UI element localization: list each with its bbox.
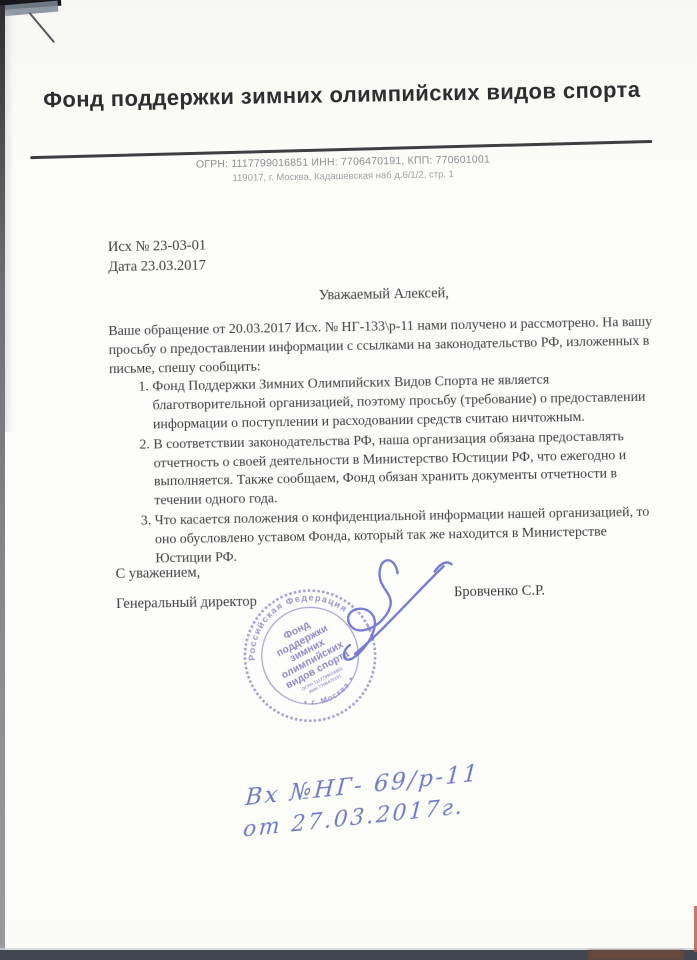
list-item: Фонд Поддержки Зимних Олимпийских Видов … [152, 370, 660, 435]
body-list: Фонд Поддержки Зимних Олимпийских Видов … [109, 370, 662, 570]
scan-edge-left-shadow [5, 12, 14, 432]
closing-regards: С уважением, [115, 565, 200, 583]
letter-content: Фонд поддержки зимних олимпийских видов … [0, 0, 697, 960]
scan-edge-bottom-blob [588, 950, 684, 960]
letter-body: Ваше обращение от 20.03.2017 Исх. № НГ-1… [108, 314, 662, 571]
outgoing-number: Исх № 23-03-01 [108, 236, 207, 257]
reference-block: Исх № 23-03-01 Дата 23.03.2017 [108, 236, 207, 277]
body-intro: Ваше обращение от 20.03.2017 Исх. № НГ-1… [108, 314, 659, 380]
letterhead-title-text: Фонд поддержки зимних олимпийских видов … [43, 71, 641, 118]
handwritten-registration-note: Вх №НГ- 69/р-11 от 27.03.2017г. [242, 757, 481, 846]
director-signature-ink [313, 544, 465, 677]
signer-name: Бровченко С.Р. [454, 583, 545, 602]
letter-date: Дата 23.03.2017 [108, 256, 207, 277]
list-item: В соответствии законодательства РФ, наша… [153, 427, 661, 511]
signer-position: Генеральный директор [116, 594, 257, 613]
scan-edge-bottom-strip [0, 950, 697, 960]
letterhead-title: Фонд поддержки зимних олимпийских видов … [0, 70, 691, 119]
scanned-letter-page: { "letterhead": { "title": "Фонд поддерж… [0, 0, 697, 960]
salutation: Уважаемый Алексей, [319, 285, 449, 304]
